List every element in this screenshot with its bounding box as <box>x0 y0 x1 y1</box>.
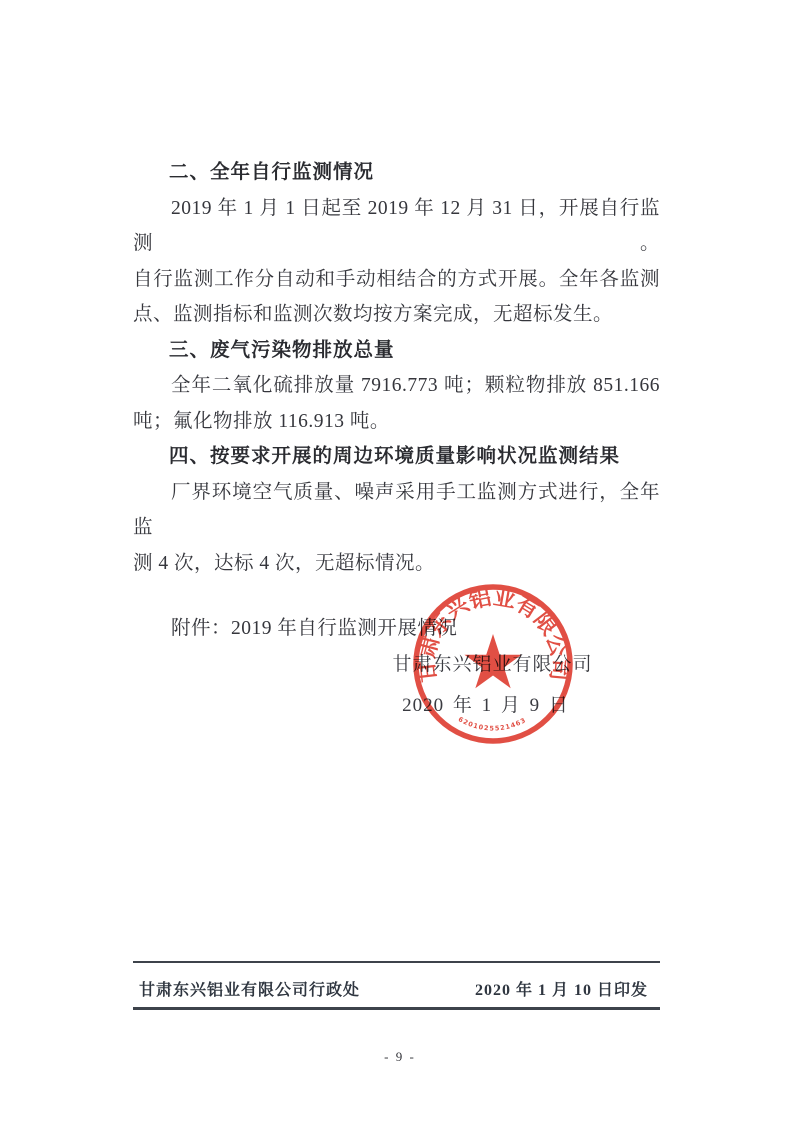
seal-star-icon <box>464 634 521 688</box>
footer-issuer: 甘肃东兴铝业有限公司行政处 <box>133 977 360 1000</box>
company-seal-stamp: 甘肃东兴铝业有限公司 6201025521463 <box>413 584 573 744</box>
section-heading-3: 三、废气污染物排放总量 <box>133 333 660 369</box>
footer-rule-bottom <box>133 1007 660 1010</box>
seal-code-text: 6201025521463 <box>457 715 528 732</box>
body-line: 点、监测指标和监测次数均按方案完成，无超标发生。 <box>133 297 660 333</box>
document-body: 二、全年自行监测情况 2019 年 1 月 1 日起至 2019 年 12 月 … <box>133 155 660 647</box>
body-line: 2019 年 1 月 1 日起至 2019 年 12 月 31 日，开展自行监测… <box>133 191 660 262</box>
footer-print-date: 2020 年 1 月 10 日印发 <box>475 977 660 1000</box>
body-line: 测 4 次，达标 4 次，无超标情况。 <box>133 546 660 582</box>
footer: 甘肃东兴铝业有限公司行政处 2020 年 1 月 10 日印发 <box>133 977 660 1000</box>
section-heading-4: 四、按要求开展的周边环境质量影响状况监测结果 <box>133 439 660 475</box>
document-page: 二、全年自行监测情况 2019 年 1 月 1 日起至 2019 年 12 月 … <box>0 0 800 1131</box>
attachment-line: 附件：2019 年自行监测开展情况 <box>133 611 660 647</box>
body-line: 自行监测工作分自动和手动相结合的方式开展。全年各监测 <box>133 262 660 298</box>
body-line: 厂界环境空气质量、噪声采用手工监测方式进行，全年监 <box>133 475 660 546</box>
body-line: 全年二氧化硫排放量 7916.773 吨；颗粒物排放 851.166 <box>133 368 660 404</box>
page-number: - 9 - <box>0 1049 800 1065</box>
spacer <box>133 581 660 611</box>
body-line: 吨；氟化物排放 116.913 吨。 <box>133 404 660 440</box>
footer-rule-top <box>133 961 660 963</box>
section-heading-2: 二、全年自行监测情况 <box>133 155 660 191</box>
